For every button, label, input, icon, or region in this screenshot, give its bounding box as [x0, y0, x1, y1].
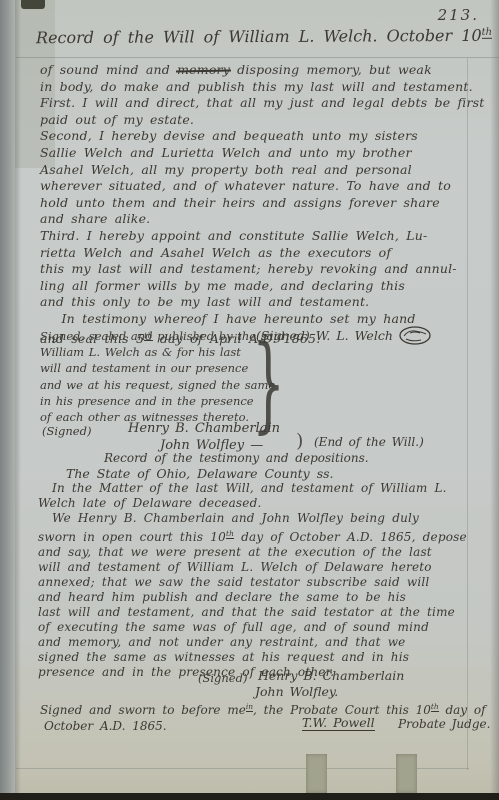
deposition-line: signed the same as witnesses at his requ…: [38, 650, 483, 665]
attestation-line: William L. Welch as & for his last: [40, 344, 275, 360]
book-gutter-edge: [0, 0, 15, 793]
will-text-line: paid out of my estate.: [40, 112, 480, 129]
page-number: 213.: [438, 6, 479, 24]
page-tab-icon: [306, 754, 327, 793]
attestation-line: will and testament in our presence: [40, 360, 275, 376]
heading-rule-line: [16, 57, 499, 58]
page-tab-icon: [396, 754, 417, 793]
ledger-page: 213. Record of the Will of William L. We…: [0, 0, 499, 800]
attestation-line: and we at his request, signed the same: [40, 377, 275, 393]
jurisdiction-line: The State of Ohio, Delaware County ss.: [66, 466, 334, 481]
deposition-line: last will and testament, and that the sa…: [38, 605, 483, 620]
jurat-line-1: Signed and sworn to before mein, the Pro…: [40, 702, 490, 717]
deposition-line: annexed; that we saw the said testator s…: [38, 575, 483, 590]
jurat-line-2: October A.D. 1865.: [44, 719, 167, 733]
witness-signature-wolfley: John Wolfley.: [255, 684, 338, 699]
brace-icon: }: [252, 334, 285, 432]
will-text-line: rietta Welch and Asahel Welch as the exe…: [40, 245, 480, 262]
witness-signature-chamberlain: Henry B. Chamberlain: [128, 421, 280, 436]
page-edge-shadow: [15, 0, 21, 793]
deposition-line: Welch late of Delaware deceased.: [38, 496, 483, 511]
end-of-will-note: (End of the Will.): [314, 435, 424, 449]
deposition-line: We Henry B. Chamberlain and John Wolfley…: [38, 511, 483, 526]
deposition-text: In the Matter of the last Will, and test…: [38, 481, 483, 680]
page-right-edge: [490, 0, 499, 793]
binding-tab-icon: [21, 0, 45, 9]
judge-signature: T.W. Powell: [302, 715, 375, 730]
document-title: Record of the Will of William L. Welch. …: [36, 26, 492, 47]
witness-signature-chamberlain: Henry B. Chamberlain: [258, 668, 404, 683]
close-paren-icon: ): [296, 430, 303, 452]
book-bottom-edge: [0, 793, 499, 800]
will-text-line: Sallie Welch and Lurietta Welch and unto…: [40, 145, 480, 162]
will-text-line: Second, I hereby devise and bequeath unt…: [40, 128, 480, 145]
deposition-line: of executing the same was of full age, a…: [38, 620, 483, 635]
will-text-line: this my last will and testament; hereby …: [40, 261, 480, 278]
deposition-line: and memory, and not under any restraint,…: [38, 635, 483, 650]
deposition-line: In the Matter of the last Will, and test…: [38, 481, 483, 496]
ledger-photo: 213. Record of the Will of William L. We…: [0, 0, 499, 800]
will-text-line: and this only to be my last will and tes…: [40, 294, 480, 311]
signed-label: (Signed): [198, 671, 247, 685]
will-text-line: Third. I hereby appoint and constitute S…: [40, 228, 480, 245]
will-text-line: ling all former wills by me made, and de…: [40, 278, 480, 295]
attestation-line: in his presence and in the presence: [40, 393, 275, 409]
will-text-line: wherever situated, and of whatever natur…: [40, 178, 480, 195]
will-text-line: in body, do make and publish this my las…: [40, 79, 480, 96]
will-text-line: Asahel Welch, all my property both real …: [40, 162, 480, 179]
seal-icon: [398, 325, 432, 346]
will-text-line: of sound mind and memory disposing memor…: [40, 62, 480, 79]
testimony-heading: Record of the testimony and depositions.: [104, 451, 369, 465]
signed-label: (Signed): [42, 424, 91, 438]
will-text: of sound mind and memory disposing memor…: [40, 62, 480, 347]
judge-title: Probate Judge.: [398, 717, 490, 731]
will-text-line: First. I will and direct, that all my ju…: [40, 95, 480, 112]
attestation-line: Signed, sealed and published by the said: [40, 328, 275, 344]
deposition-line: will and testament of William L. Welch o…: [38, 560, 483, 575]
deposition-line: sworn in open court this 10th day of Oct…: [38, 526, 483, 545]
deposition-line: and heard him publish and declare the sa…: [38, 590, 483, 605]
will-text-line: and share alike.: [40, 211, 480, 228]
will-text-line: hold unto them and their heirs and assig…: [40, 195, 480, 212]
attestation-clause: Signed, sealed and published by the said…: [40, 328, 275, 425]
deposition-line: and say, that we were present at the exe…: [38, 545, 483, 560]
